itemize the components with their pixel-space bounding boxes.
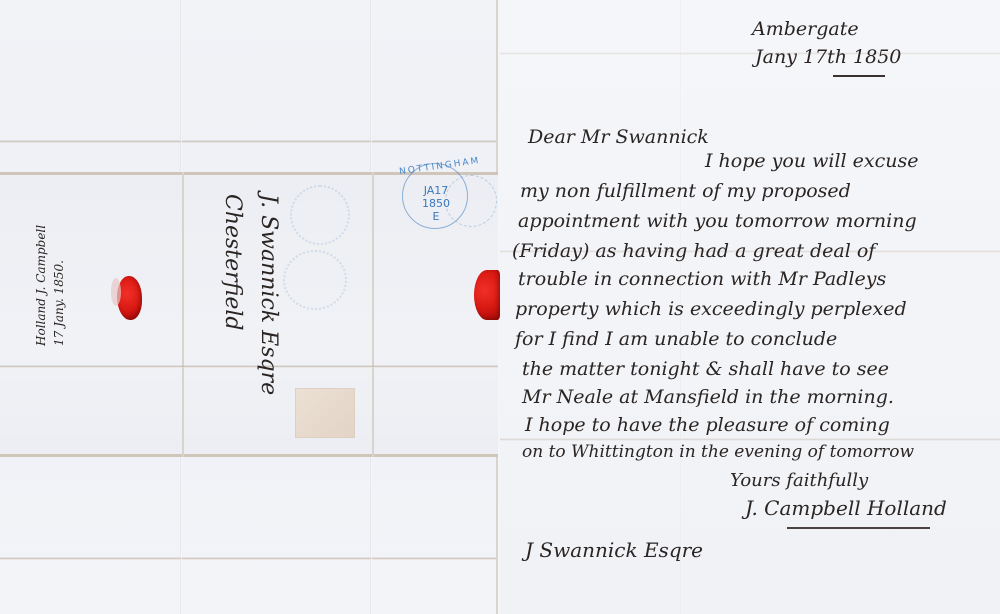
body-line: I hope you will excuse	[705, 150, 918, 172]
docket-line: 17 Jany. 1850.	[50, 186, 68, 346]
body-line: my non fulfillment of my proposed	[520, 180, 851, 202]
body-line: Mr Neale at Mansfield in the morning.	[522, 386, 894, 408]
signature: J. Campbell Holland	[745, 496, 947, 520]
wax-seal	[117, 276, 142, 320]
body-line: for I find I am unable to conclude	[515, 328, 837, 350]
address-town: Chesterfield	[214, 194, 250, 454]
secondary-postmark	[445, 175, 497, 227]
body-line: the matter tonight & shall have to see	[522, 358, 889, 380]
fold-line	[500, 438, 1000, 441]
panel-divider	[182, 172, 184, 457]
panel-divider	[372, 172, 374, 457]
body-line: (Friday) as having had a great deal of	[512, 240, 875, 262]
docket-line: Holland J. Campbell	[32, 186, 50, 346]
body-line: I hope to have the pleasure of coming	[525, 414, 890, 436]
wax-seal	[474, 270, 500, 320]
recipient-address: J. Swannick Esqre Chesterfield	[214, 194, 286, 454]
fold-line	[0, 140, 496, 143]
letter-place: Ambergate	[752, 18, 859, 40]
address-name: J. Swannick Esqre	[250, 194, 286, 454]
addressee-line: J Swannick Esqre	[525, 538, 703, 562]
faint-postmark	[290, 185, 350, 245]
docket-note: Holland J. Campbell 17 Jany. 1850.	[32, 186, 68, 346]
body-line: on to Whittington in the evening of tomo…	[522, 442, 914, 462]
closing: Yours faithfully	[730, 470, 868, 491]
stamp-residue	[295, 388, 355, 438]
faint-postmark	[283, 250, 347, 310]
date-underline	[833, 75, 885, 77]
signature-underline	[787, 527, 930, 529]
body-line: appointment with you tomorrow morning	[518, 210, 917, 232]
salutation: Dear Mr Swannick	[528, 126, 709, 148]
fold-line	[500, 52, 1000, 55]
body-line: trouble in connection with Mr Padleys	[518, 268, 886, 290]
body-line: property which is exceedingly perplexed	[515, 298, 907, 320]
fold-line	[0, 557, 496, 560]
letter-date: Jany 17th 1850	[755, 46, 901, 68]
